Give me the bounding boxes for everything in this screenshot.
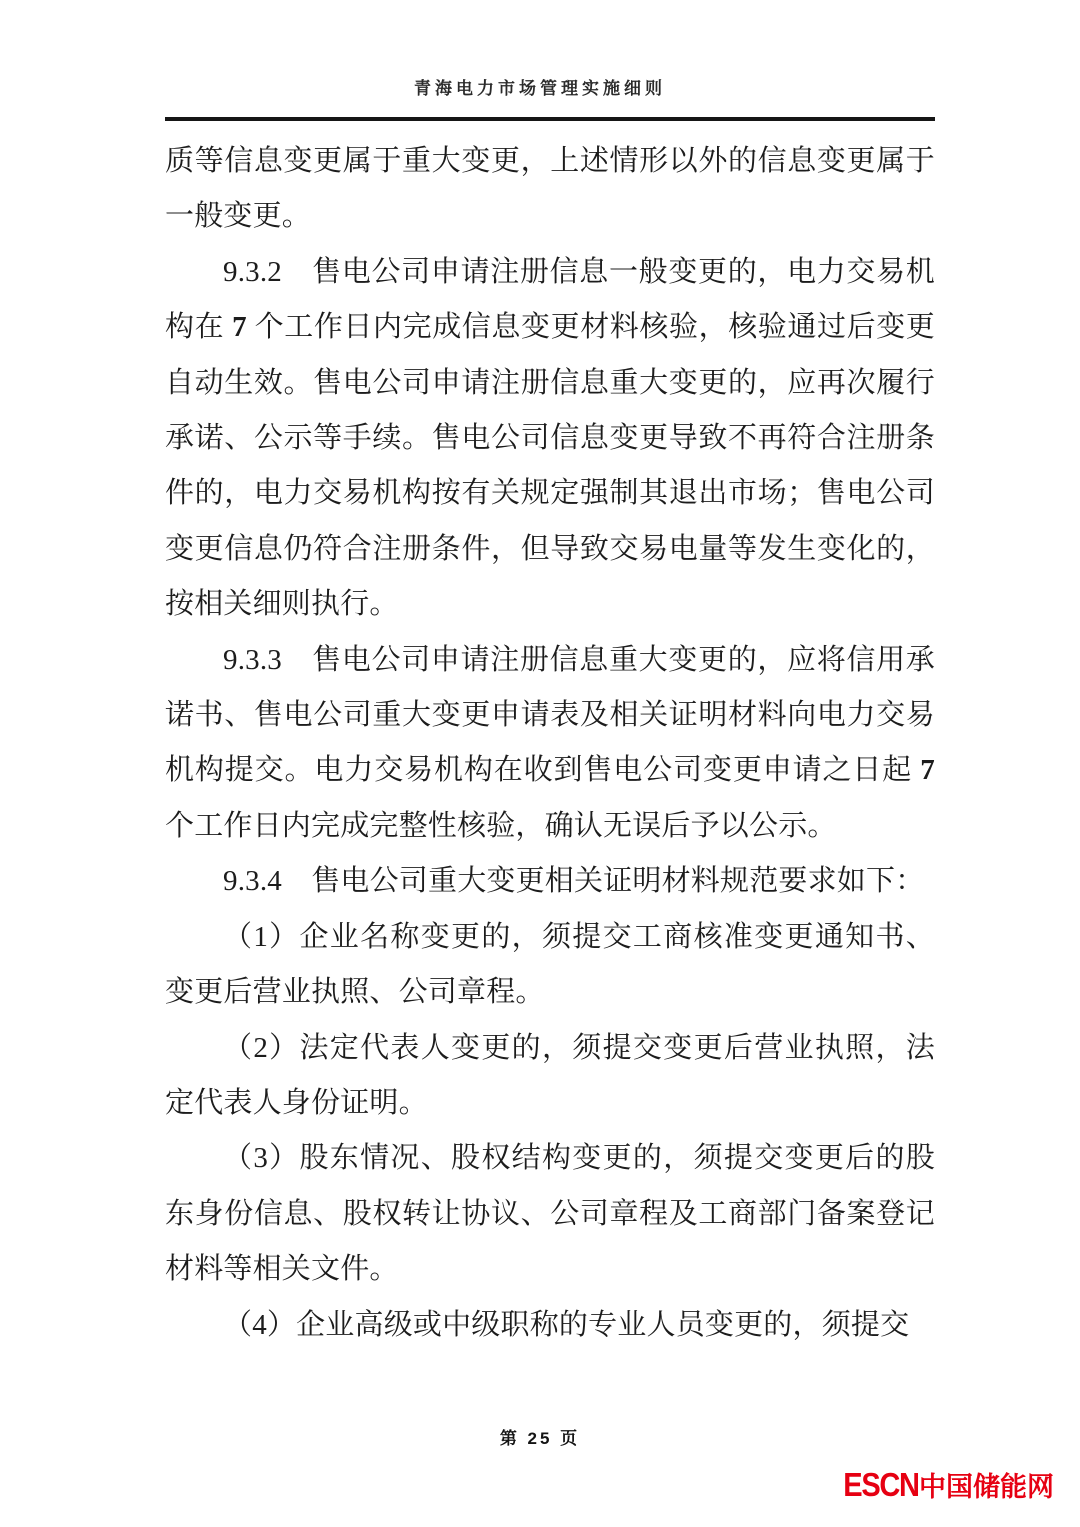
- page-header-title: 青海电力市场管理实施细则: [0, 74, 1080, 99]
- bold-number: 7: [920, 754, 935, 786]
- text-run: 9.3.4 售电公司重大变更相关证明材料规范要求如下：: [223, 865, 924, 897]
- text-run: 9.3.3 售电公司申请注册信息重大变更的，应将信用承诺书、售电公司重大变更申请…: [165, 644, 935, 787]
- paragraph: 质等信息变更属于重大变更，上述情形以外的信息变更属于一般变更。: [165, 134, 935, 245]
- escn-logo-latin-text: ESCN: [844, 1468, 919, 1501]
- paragraph: 9.3.3 售电公司申请注册信息重大变更的，应将信用承诺书、售电公司重大变更申请…: [165, 633, 935, 855]
- text-run: （3）股东情况、股权结构变更的，须提交变更后的股东身份信息、股权转让协议、公司章…: [165, 1142, 935, 1285]
- document-body: 质等信息变更属于重大变更，上述情形以外的信息变更属于一般变更。9.3.2 售电公…: [165, 134, 935, 1353]
- paragraph: 9.3.2 售电公司申请注册信息一般变更的，电力交易机构在 7 个工作日内完成信…: [165, 245, 935, 633]
- page-number: 第 25 页: [0, 1424, 1080, 1449]
- bold-number: 7: [232, 311, 247, 343]
- header-rule: [165, 117, 935, 121]
- document-page: 青海电力市场管理实施细则 质等信息变更属于重大变更，上述情形以外的信息变更属于一…: [0, 0, 1080, 1527]
- paragraph: （4）企业高级或中级职称的专业人员变更的，须提交: [165, 1298, 935, 1353]
- text-run: （1）企业名称变更的，须提交工商核准变更通知书、变更后营业执照、公司章程。: [165, 921, 935, 1008]
- paragraph: 9.3.4 售电公司重大变更相关证明材料规范要求如下：: [165, 854, 935, 909]
- text-run: 个工作日内完成完整性核验，确认无误后予以公示。: [165, 810, 837, 842]
- text-run: 个工作日内完成信息变更材料核验，核验通过后变更自动生效。售电公司申请注册信息重大…: [165, 311, 935, 620]
- paragraph: （3）股东情况、股权结构变更的，须提交变更后的股东身份信息、股权转让协议、公司章…: [165, 1131, 935, 1297]
- text-run: （2）法定代表人变更的，须提交变更后营业执照，法定代表人身份证明。: [165, 1032, 935, 1119]
- text-run: （4）企业高级或中级职称的专业人员变更的，须提交: [223, 1309, 909, 1341]
- escn-logo-chinese-text: 中国储能网: [919, 1474, 1054, 1501]
- escn-watermark-logo: ESCN 中国储能网: [833, 1468, 1054, 1501]
- text-run: 质等信息变更属于重大变更，上述情形以外的信息变更属于一般变更。: [165, 145, 935, 232]
- paragraph: （2）法定代表人变更的，须提交变更后营业执照，法定代表人身份证明。: [165, 1021, 935, 1132]
- paragraph: （1）企业名称变更的，须提交工商核准变更通知书、变更后营业执照、公司章程。: [165, 910, 935, 1021]
